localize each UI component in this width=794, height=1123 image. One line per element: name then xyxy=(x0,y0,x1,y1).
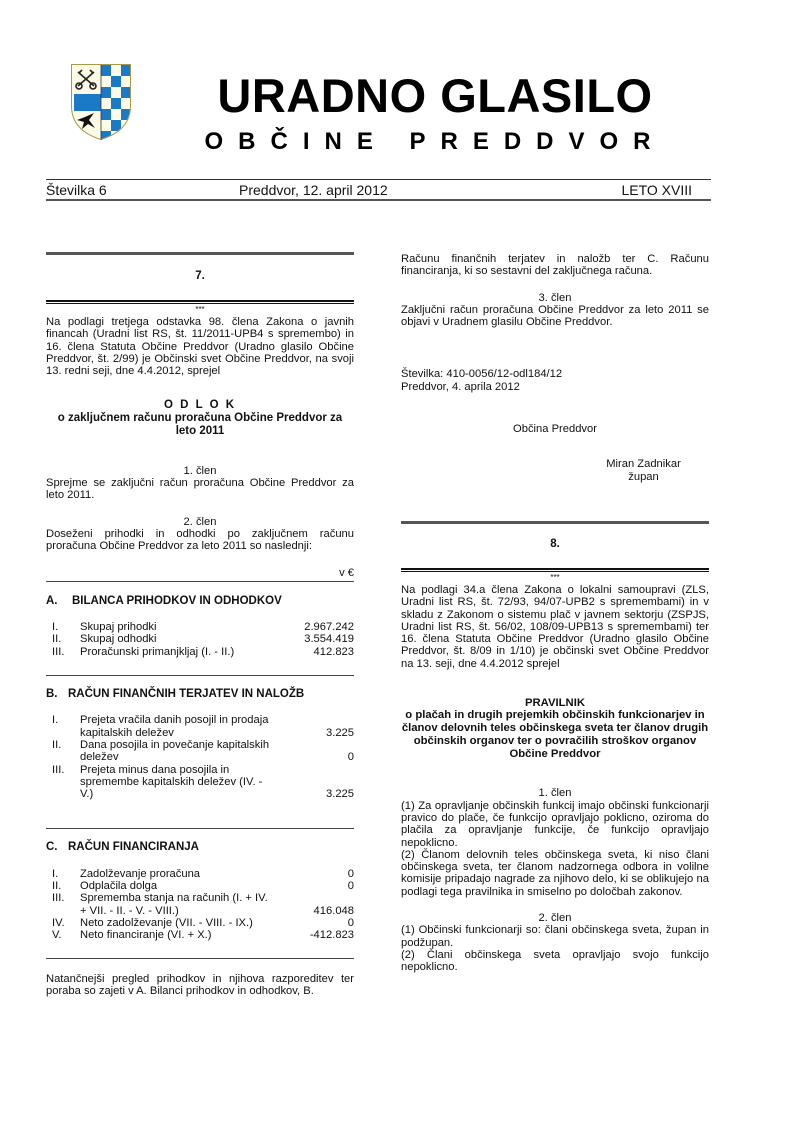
divider xyxy=(46,958,354,959)
table-row: II.Odplačila dolga0 xyxy=(46,880,354,892)
divider xyxy=(401,521,709,524)
article-paragraph: (1) Za opravljanje občinskih funkcij ima… xyxy=(401,800,709,849)
right-column: Računu finančnih terjatev in naložb ter … xyxy=(401,253,709,974)
row-number: III. xyxy=(52,646,64,658)
article-heading: 3. člen xyxy=(401,292,709,304)
row-number: I. xyxy=(52,621,58,633)
row-label: Prejeta minus dana posojila in spremembe… xyxy=(80,764,270,801)
divider xyxy=(46,300,354,304)
closing-text: Natančnejši pregled prihodkov in njihova… xyxy=(46,973,354,998)
currency-note: v € xyxy=(46,567,354,579)
article-heading: 2. člen xyxy=(46,516,354,528)
doc-title: o plačah in drugih prejemkih občinskih f… xyxy=(401,709,709,761)
reference-place-date: Preddvor, 4. aprila 2012 xyxy=(401,381,709,393)
table-row: I.Prejeta vračila danih posojil in proda… xyxy=(46,714,354,739)
article-paragraph: (1) Občinski funkcionarji so: člani obči… xyxy=(401,924,709,949)
issue-info-bar: Številka 6 Preddvor, 12. april 2012 LETO… xyxy=(46,181,711,199)
header-rule-bottom xyxy=(46,199,711,201)
publication-subtitle: OBČINE PREDDVOR xyxy=(160,127,710,157)
row-value: 3.225 xyxy=(326,727,354,739)
doc-type: PRAVILNIK xyxy=(401,697,709,709)
table-row: IV.Neto zadolževanje (VII. - VIII. - IX.… xyxy=(46,917,354,929)
article-heading: 1. člen xyxy=(46,465,354,477)
divider xyxy=(46,252,354,255)
divider xyxy=(46,675,354,676)
separator-stars: *** xyxy=(46,306,354,314)
row-label: Neto financiranje (VI. + X.) xyxy=(80,929,270,941)
doc-type: O D L O K xyxy=(46,399,354,411)
section-title: RAČUN FINANČNIH TERJATEV IN NALOŽB xyxy=(68,688,304,700)
section-a-heading: A.BILANCA PRIHODKOV IN ODHODKOV xyxy=(46,595,354,607)
article-paragraph: (2) Člani občinskega sveta opravljajo sv… xyxy=(401,949,709,974)
row-number: III. xyxy=(52,892,64,904)
row-label: Sprememba stanja na računih (I. + IV. + … xyxy=(80,892,270,917)
article-text: Sprejme se zaključni račun proračuna Obč… xyxy=(46,477,354,502)
row-label: Neto zadolževanje (VII. - VIII. - IX.) xyxy=(80,917,270,929)
table-row: III.Proračunski primanjkljaj (I. - II.)4… xyxy=(46,646,354,658)
preamble: Na podlagi 34.a člena Zakona o lokalni s… xyxy=(401,584,709,670)
article-text: Zaključni račun proračuna Občine Preddvo… xyxy=(401,304,709,329)
row-value: 0 xyxy=(348,880,354,892)
issue-number: Številka 6 xyxy=(46,181,107,199)
section-title: BILANCA PRIHODKOV IN ODHODKOV xyxy=(72,595,282,607)
article-heading: 1. člen xyxy=(401,787,709,799)
section-letter: A. xyxy=(46,595,72,607)
row-number: II. xyxy=(52,633,61,645)
row-value: 412.823 xyxy=(314,646,354,658)
municipality-crest xyxy=(68,62,134,142)
row-label: Zadolževanje proračuna xyxy=(80,868,270,880)
table-row: II.Dana posojila in povečanje kapitalski… xyxy=(46,739,354,764)
row-label: Skupaj odhodki xyxy=(80,633,270,645)
reference-number: Številka: 410-0056/12-odl184/12 xyxy=(401,368,709,380)
section-b-table: I.Prejeta vračila danih posojil in proda… xyxy=(46,714,354,800)
crest-icon xyxy=(68,62,134,142)
table-row: II.Skupaj odhodki3.554.419 xyxy=(46,633,354,645)
row-label: Odplačila dolga xyxy=(80,880,270,892)
preamble: Na podlagi tretjega odstavka 98. člena Z… xyxy=(46,316,354,377)
row-label: Prejeta vračila danih posojil in prodaja… xyxy=(80,714,270,739)
article-paragraph: (2) Članom delovnih teles občinskega sve… xyxy=(401,849,709,898)
table-row: III.Prejeta minus dana posojila in sprem… xyxy=(46,764,354,801)
article-text: Doseženi prihodki in odhodki po zaključn… xyxy=(46,528,354,553)
row-number: II. xyxy=(52,880,61,892)
left-column: 7. *** Na podlagi tretjega odstavka 98. … xyxy=(46,252,354,997)
article-heading: 2. člen xyxy=(401,912,709,924)
row-value: -412.823 xyxy=(310,929,354,941)
table-row: V.Neto financiranje (VI. + X.)-412.823 xyxy=(46,929,354,941)
row-number: II. xyxy=(52,739,61,751)
row-number: I. xyxy=(52,714,58,726)
row-number: I. xyxy=(52,868,58,880)
issuer: Občina Preddvor xyxy=(401,423,709,435)
section-letter: C. xyxy=(46,841,68,853)
row-label: Proračunski primanjkljaj (I. - II.) xyxy=(80,646,270,658)
continued-text: Računu finančnih terjatev in naložb ter … xyxy=(401,253,709,278)
issue-place-date: Preddvor, 12. april 2012 xyxy=(239,181,388,199)
section-b-heading: B.RAČUN FINANČNIH TERJATEV IN NALOŽB xyxy=(46,688,354,700)
table-row: III.Sprememba stanja na računih (I. + IV… xyxy=(46,892,354,917)
signatory-title: župan xyxy=(591,471,696,483)
section-a-table: I.Skupaj prihodki2.967.242II.Skupaj odho… xyxy=(46,621,354,658)
doc-title: o zaključnem računu proračuna Občine Pre… xyxy=(46,412,354,438)
row-value: 0 xyxy=(348,917,354,929)
divider xyxy=(46,581,354,582)
row-number: IV. xyxy=(52,917,65,929)
section-c-table: I.Zadolževanje proračuna0II.Odplačila do… xyxy=(46,868,354,942)
section-c-heading: C.RAČUN FINANCIRANJA xyxy=(46,841,354,853)
separator-stars: *** xyxy=(401,574,709,582)
row-value: 3.554.419 xyxy=(304,633,354,645)
act-number: 7. xyxy=(46,270,354,300)
publication-title: URADNO GLASILO xyxy=(160,70,710,122)
row-label: Dana posojila in povečanje kapitalskih d… xyxy=(80,739,270,764)
divider xyxy=(401,568,709,572)
issue-year: LETO XVIII xyxy=(621,181,692,199)
row-value: 3.225 xyxy=(326,788,354,800)
row-value: 416.048 xyxy=(314,905,354,917)
row-number: III. xyxy=(52,764,64,776)
table-row: I.Skupaj prihodki2.967.242 xyxy=(46,621,354,633)
signatory-name: Miran Zadnikar xyxy=(591,458,696,470)
row-value: 0 xyxy=(348,751,354,763)
row-number: V. xyxy=(52,929,62,941)
row-label: Skupaj prihodki xyxy=(80,621,270,633)
row-value: 2.967.242 xyxy=(304,621,354,633)
divider xyxy=(46,828,354,829)
header-rule-top xyxy=(46,179,711,180)
act-number: 8. xyxy=(401,538,709,568)
table-row: I.Zadolževanje proračuna0 xyxy=(46,868,354,880)
section-title: RAČUN FINANCIRANJA xyxy=(68,841,199,853)
section-letter: B. xyxy=(46,688,68,700)
row-value: 0 xyxy=(348,868,354,880)
